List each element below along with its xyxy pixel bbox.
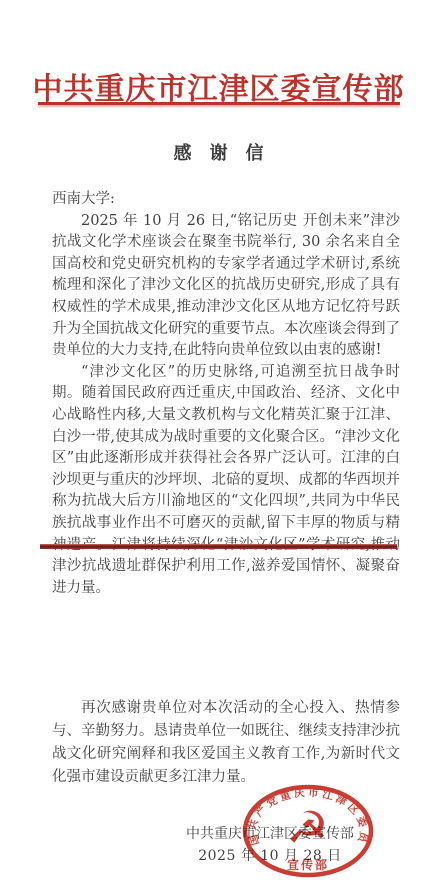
thank-you-letter-document: 中共重庆市江津区委宣传部 感 谢 信 西南大学: 2025 年 10 月 26 … bbox=[0, 0, 437, 890]
closing-section: 再次感谢贵单位对本次活动的全心投入、热情参与、辛勤努力。恳请贵单位一如既往、继续… bbox=[52, 697, 400, 789]
paragraph-1: 2025 年 10 月 26 日,“铭记历史 开创未来”津沙抗战文化学术座谈会在… bbox=[52, 211, 400, 362]
letter-title: 感 谢 信 bbox=[0, 139, 437, 165]
section-divider-rule bbox=[40, 544, 397, 549]
closing-paragraph: 再次感谢贵单位对本次活动的全心投入、热情参与、辛勤努力。恳请贵单位一如既往、继续… bbox=[52, 697, 400, 789]
letterhead-rule bbox=[38, 102, 400, 105]
paragraph-2: “津沙文化区”的历史脉络,可追溯至抗日战争时期。随着国民政府西迁重庆,中国政治、… bbox=[52, 362, 400, 600]
signature-block: 中共重庆市江津区委宣传部 2025 年 10 月 28 日 bbox=[182, 827, 358, 864]
salutation: 西南大学: bbox=[52, 189, 400, 211]
signature-date: 2025 年 10 月 28 日 bbox=[182, 849, 358, 864]
letter-body: 西南大学: 2025 年 10 月 26 日,“铭记历史 开创未来”津沙抗战文化… bbox=[52, 189, 400, 599]
signature-org: 中共重庆市江津区委宣传部 bbox=[182, 827, 358, 842]
